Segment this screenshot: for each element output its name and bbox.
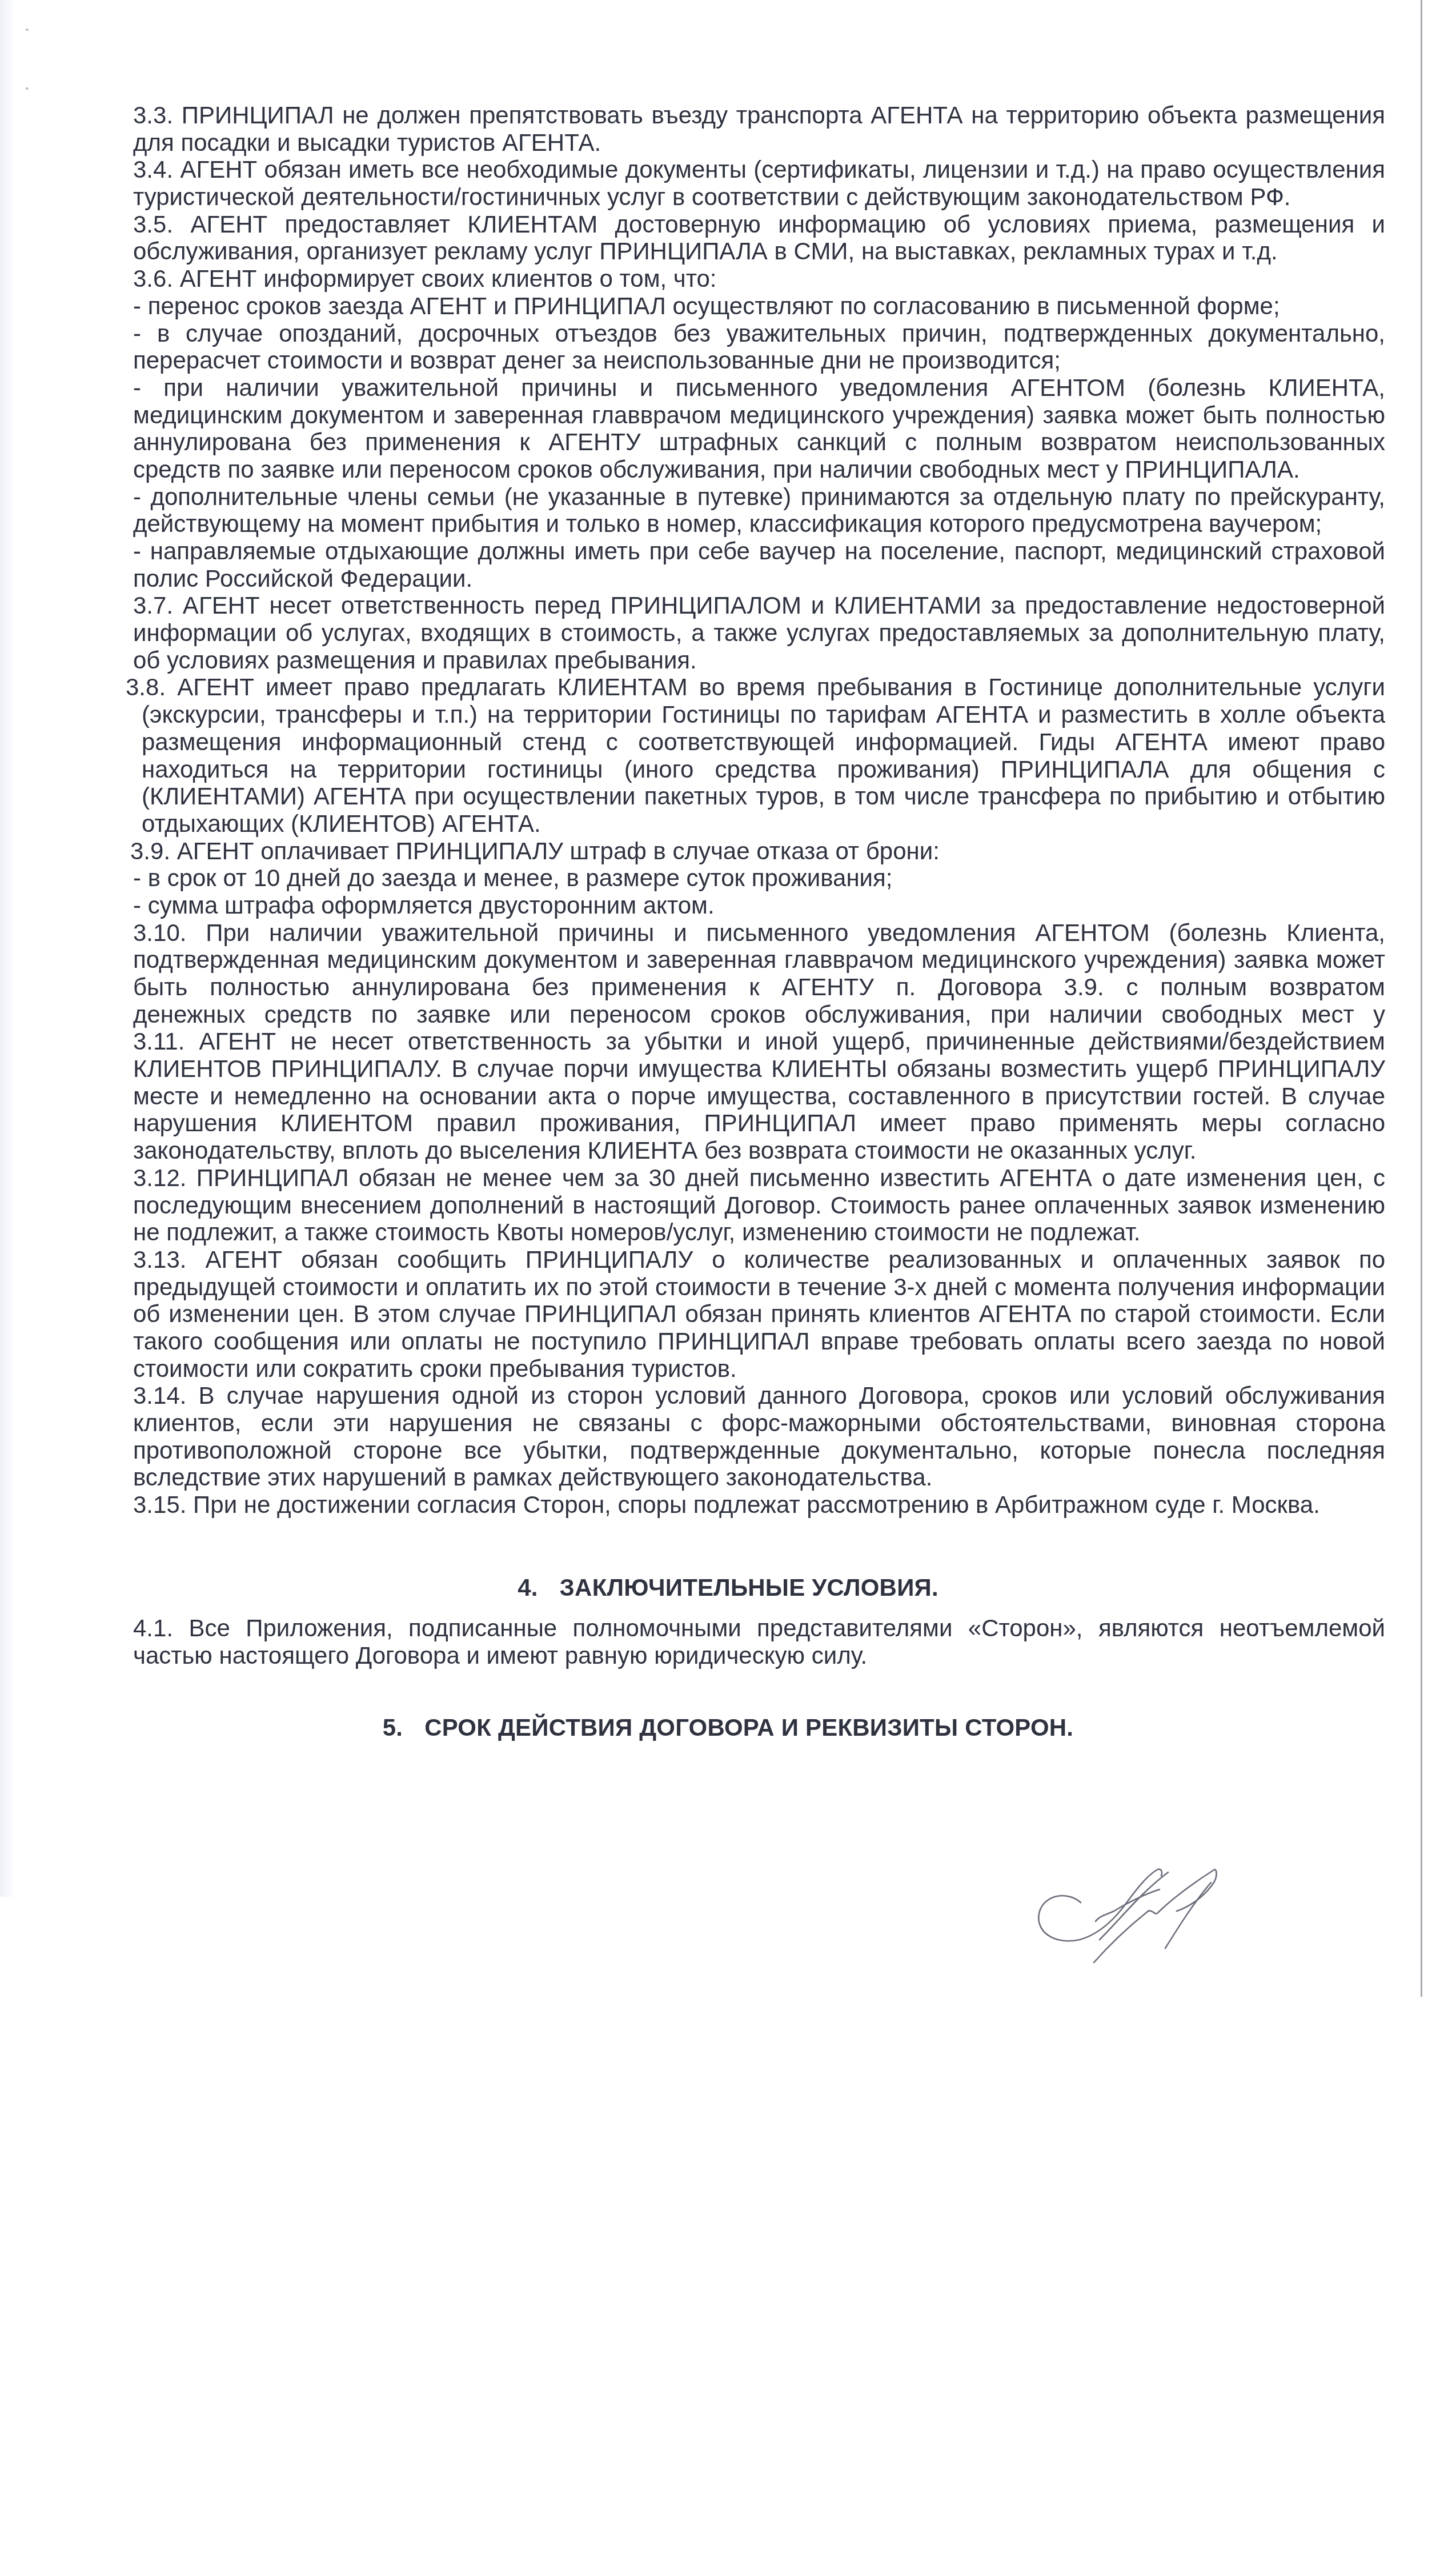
text-line: - направляемые отдыхающие должны иметь п… [133,538,1385,565]
text-line: полис Российской Федерации. [133,565,1385,592]
text-line: 3.15. При не достижении согласия Сторон,… [133,1491,1385,1519]
text-line: - в случае опозданий, досрочных отъездов… [133,320,1385,347]
text-line: средств по заявке или переносом сроков о… [133,456,1385,483]
scan-right-edge-line [1421,0,1422,1997]
section-5-number: 5. [383,1714,403,1741]
text-line: (экскурсии, трансферы и т.п.) на террито… [142,701,1385,728]
text-line: предыдущей стоимости и оплатить их по эт… [133,1274,1385,1301]
text-line: находиться на территории гостиницы (иног… [142,756,1385,783]
text-line: туристической деятельности/гостиничных у… [133,183,1385,211]
text-line: 3.5. АГЕНТ предоставляет КЛИЕНТАМ достов… [133,211,1385,238]
text-line: 3.12. ПРИНЦИПАЛ обязан не менее чем за 3… [133,1164,1385,1192]
text-line: медицинским документом и заверенная глав… [133,402,1385,429]
text-line: клиентов, если эти нарушения не связаны … [133,1409,1385,1437]
text-line: 4.1. Все Приложения, подписанные полномо… [133,1615,1385,1642]
text-line: частью настоящего Договора и имеют равну… [133,1642,1385,1669]
section-5-heading: 5.СРОК ДЕЙСТВИЯ ДОГОВОРА И РЕКВИЗИТЫ СТО… [0,1714,1456,1741]
text-line: 3.7. АГЕНТ несет ответственность перед П… [133,592,1385,619]
text-line: обслуживания, организует рекламу услуг П… [133,238,1385,265]
section-4-number: 4. [518,1574,538,1601]
text-line: 3.8. АГЕНТ имеет право предлагать КЛИЕНТ… [126,674,1385,701]
section-4-heading: 4.ЗАКЛЮЧИТЕЛЬНЫЕ УСЛОВИЯ. [0,1574,1456,1601]
text-line: стоимости или сократить сроки пребывания… [133,1355,1385,1383]
section-4-title: ЗАКЛЮЧИТЕЛЬНЫЕ УСЛОВИЯ. [560,1574,938,1601]
text-line: перерасчет стоимости и возврат денег за … [133,347,1385,374]
text-line: законодательству, вплоть до выселения КЛ… [133,1137,1385,1164]
text-line: такого сообщения или оплаты не поступило… [133,1328,1385,1355]
text-line: для посадки и высадки туристов АГЕНТА. [133,129,1385,157]
text-line: КЛИЕНТОВ ПРИНЦИПАЛУ. В случае порчи имущ… [133,1055,1385,1083]
text-line: последующим внесением дополнений в насто… [133,1192,1385,1219]
text-line: 3.6. АГЕНТ информирует своих клиентов о … [133,265,1385,293]
text-line: аннулирована без применения к АГЕНТУ штр… [133,428,1385,456]
text-line: действующему на момент прибытия и только… [133,510,1385,538]
text-line: не подлежит, а также стоимость Квоты ном… [133,1219,1385,1246]
text-line: противоположной стороне все убытки, подт… [133,1437,1385,1464]
text-line: - перенос сроков заезда АГЕНТ и ПРИНЦИПА… [133,293,1385,320]
text-line: об изменении цен. В этом случае ПРИНЦИПА… [133,1300,1385,1328]
document-page: 3.3. ПРИНЦИПАЛ не должен препятствовать … [0,0,1456,2571]
text-line: 3.3. ПРИНЦИПАЛ не должен препятствовать … [133,102,1385,129]
section-5-title: СРОК ДЕЙСТВИЯ ДОГОВОРА И РЕКВИЗИТЫ СТОРО… [424,1714,1073,1741]
text-line: об условиях размещения и правилах пребыв… [133,647,1385,674]
text-line: 3.14. В случае нарушения одной из сторон… [133,1382,1385,1409]
text-line: 3.4. АГЕНТ обязан иметь все необходимые … [133,156,1385,183]
text-line: 3.9. АГЕНТ оплачивает ПРИНЦИПАЛУ штраф в… [130,838,1385,865]
section-3-body: 3.3. ПРИНЦИПАЛ не должен препятствовать … [133,102,1385,1519]
text-line: отдыхающих (КЛИЕНТОВ) АГЕНТА. [142,810,1385,838]
scan-edge-shadow [0,0,16,1897]
section-4-body: 4.1. Все Приложения, подписанные полномо… [133,1615,1385,1669]
text-line: информации об услугах, входящих в стоимо… [133,619,1385,647]
text-line: (КЛИЕНТАМИ) АГЕНТА при осуществлении пак… [142,783,1385,810]
scan-speck [26,87,29,90]
text-line: размещения информационный стенд с соотве… [142,728,1385,756]
handwritten-signature-icon [1028,1860,1245,1974]
text-line: - сумма штрафа оформляется двусторонним … [133,892,1385,919]
text-line: 3.11. АГЕНТ не несет ответственность за … [133,1028,1385,1055]
text-line: подтвержденная медицинским документом и … [133,946,1385,974]
text-line: 3.10. При наличии уважительной причины и… [133,919,1385,947]
text-line: вследствие этих нарушений в рамках дейст… [133,1464,1385,1491]
text-line: быть полностью аннулирована без применен… [133,974,1385,1001]
text-line: денежных средств по заявке или переносом… [133,1001,1385,1028]
text-line: - дополнительные члены семьи (не указанн… [133,483,1385,511]
text-line: - при наличии уважительной причины и пис… [133,374,1385,402]
text-line: нарушения КЛИЕНТОМ правил проживания, ПР… [133,1110,1385,1137]
text-line: - в срок от 10 дней до заезда и менее, в… [133,864,1385,892]
scan-speck [26,29,29,31]
text-line: 3.13. АГЕНТ обязан сообщить ПРИНЦИПАЛУ о… [133,1246,1385,1274]
text-line: месте и немедленно на основании акта о п… [133,1083,1385,1110]
